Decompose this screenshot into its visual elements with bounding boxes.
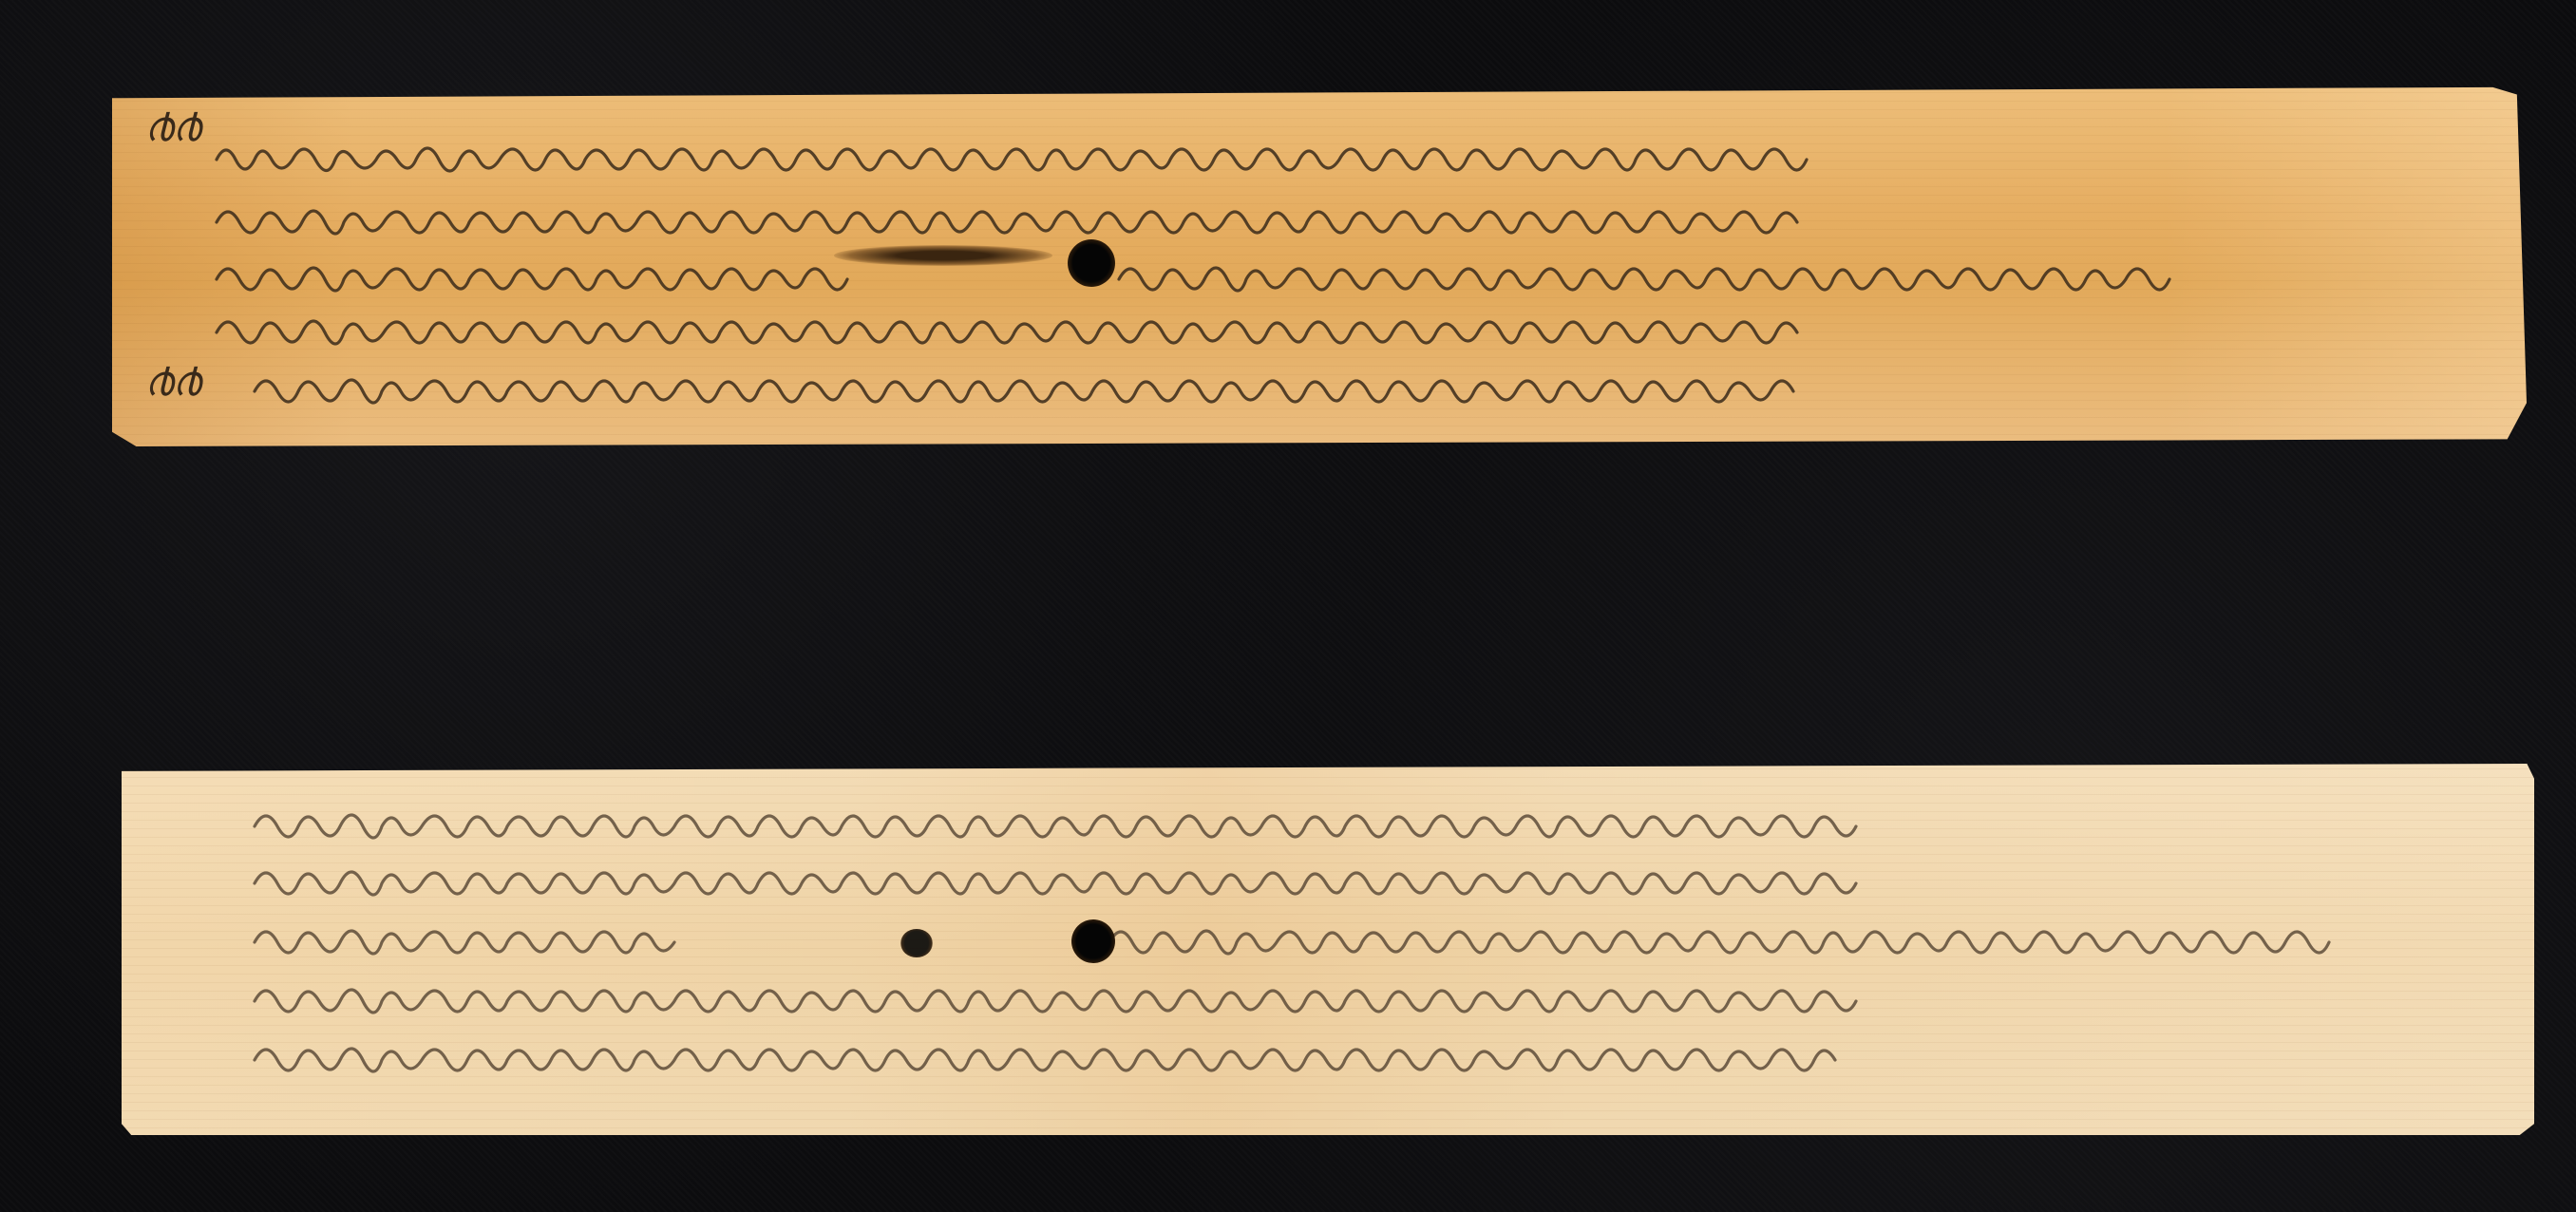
folio-number-bottom-left: ൪൪ bbox=[144, 357, 200, 406]
folio-number-top-left: ൪൪ bbox=[144, 103, 200, 151]
small-hole bbox=[900, 929, 933, 957]
palm-leaf-manuscript-bottom bbox=[122, 760, 2534, 1135]
string-hole bbox=[1071, 919, 1115, 963]
string-hole bbox=[1068, 239, 1115, 287]
burn-mark bbox=[834, 245, 1052, 266]
script-text-lines bbox=[122, 760, 2534, 1135]
script-text-lines bbox=[112, 84, 2527, 446]
palm-leaf-manuscript-top: ൪൪ ൪൪ bbox=[112, 84, 2527, 446]
